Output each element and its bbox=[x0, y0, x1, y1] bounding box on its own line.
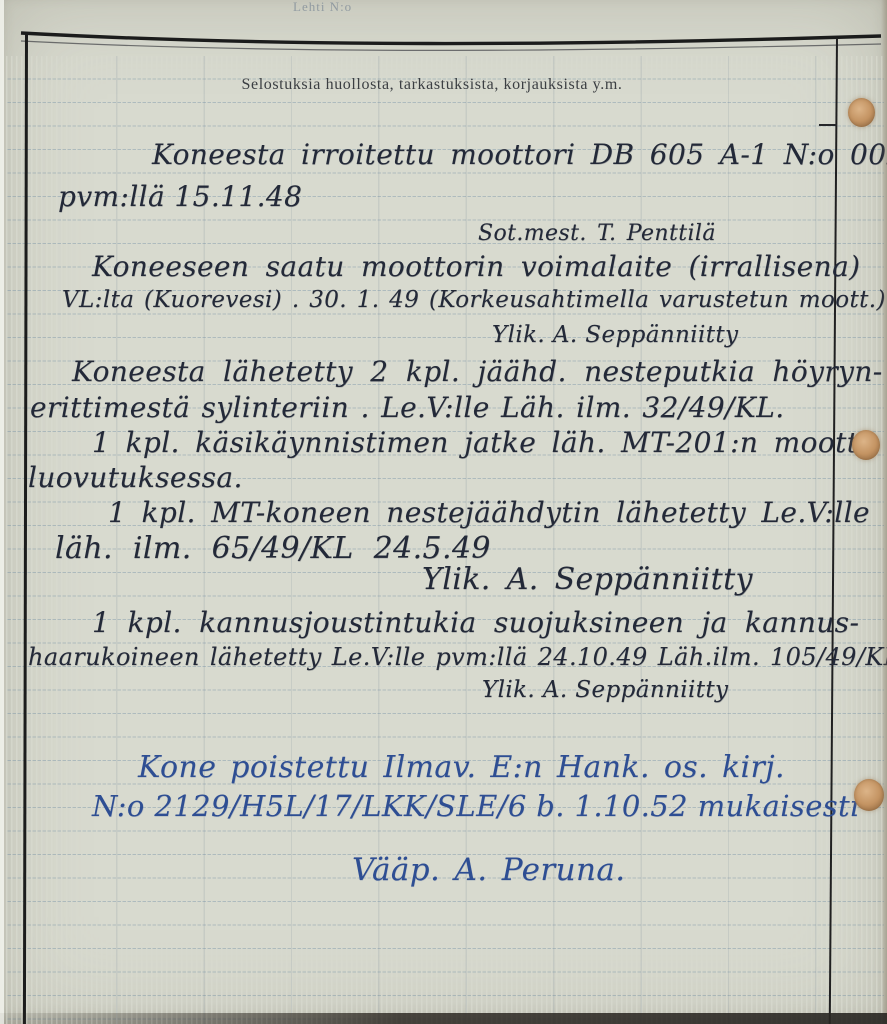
page-edge-left bbox=[0, 0, 4, 1024]
signature-seppanniitty-3: Ylik. A. Seppänniitty bbox=[482, 677, 728, 703]
entry-starter-extension-line2: luovutuksessa. bbox=[28, 461, 243, 494]
entry-engine-received-line2: VL:lta (Kuorevesi) . 30. 1. 49 (Korkeusa… bbox=[62, 287, 886, 313]
entry-engine-removed-date: pvm:llä 15.11.48 bbox=[58, 180, 302, 213]
entry-tailwheel-spring-line1: 1 kpl. kannusjoustintukia suojuksineen j… bbox=[92, 606, 859, 639]
signature-seppanniitty-1: Ylik. A. Seppänniitty bbox=[492, 322, 738, 348]
page-edge-bottom bbox=[0, 1013, 887, 1024]
entry-coolant-pipes-line2: erittimestä sylinteriin . Le.V:lle Läh. … bbox=[30, 391, 785, 424]
form-row-tick bbox=[819, 124, 837, 126]
form-right-border bbox=[829, 38, 838, 1024]
signature-seppanniitty-2: Ylik. A. Seppänniitty bbox=[422, 562, 753, 597]
signature-peruna: Vääp. A. Peruna. bbox=[352, 852, 625, 888]
form-header-title: Selostuksia huollosta, tarkastuksista, k… bbox=[26, 76, 838, 94]
entry-coolant-pipes-line1: Koneesta lähetetty 2 kpl. jäähd. nestepu… bbox=[72, 355, 883, 388]
ghost-sheet-number-label: Lehti N:o bbox=[293, 0, 352, 15]
entry-engine-removed-line1: Koneesta irroitettu moottori DB 605 A-1 … bbox=[152, 138, 887, 171]
entry-struck-off-line1: Kone poistettu Ilmav. E:n Hank. os. kirj… bbox=[138, 750, 785, 785]
form-left-border bbox=[23, 32, 28, 1024]
entry-starter-extension-line1: 1 kpl. käsikäynnistimen jatke läh. MT-20… bbox=[92, 426, 868, 459]
entry-radiator-line2: läh. ilm. 65/49/KL 24.5.49 bbox=[55, 531, 491, 566]
entry-radiator-line1: 1 kpl. MT-koneen nestejäähdytin lähetett… bbox=[108, 496, 870, 529]
punch-hole-top bbox=[848, 98, 875, 127]
signature-penttila: Sot.mest. T. Penttilä bbox=[478, 221, 716, 246]
logbook-page: Lehti N:o Selostuksia huollosta, tarkast… bbox=[0, 0, 887, 1024]
entry-engine-received-line1: Koneeseen saatu moottorin voimalaite (ir… bbox=[92, 250, 860, 283]
form-top-border bbox=[0, 0, 887, 60]
punch-hole-bottom bbox=[854, 779, 884, 811]
punch-hole-middle bbox=[852, 430, 880, 460]
entry-struck-off-line2: N:o 2129/H5L/17/LKK/SLE/6 b. 1.10.52 muk… bbox=[92, 789, 860, 823]
entry-tailwheel-spring-line2: haarukoineen lähetetty Le.V:lle pvm:llä … bbox=[28, 643, 887, 671]
